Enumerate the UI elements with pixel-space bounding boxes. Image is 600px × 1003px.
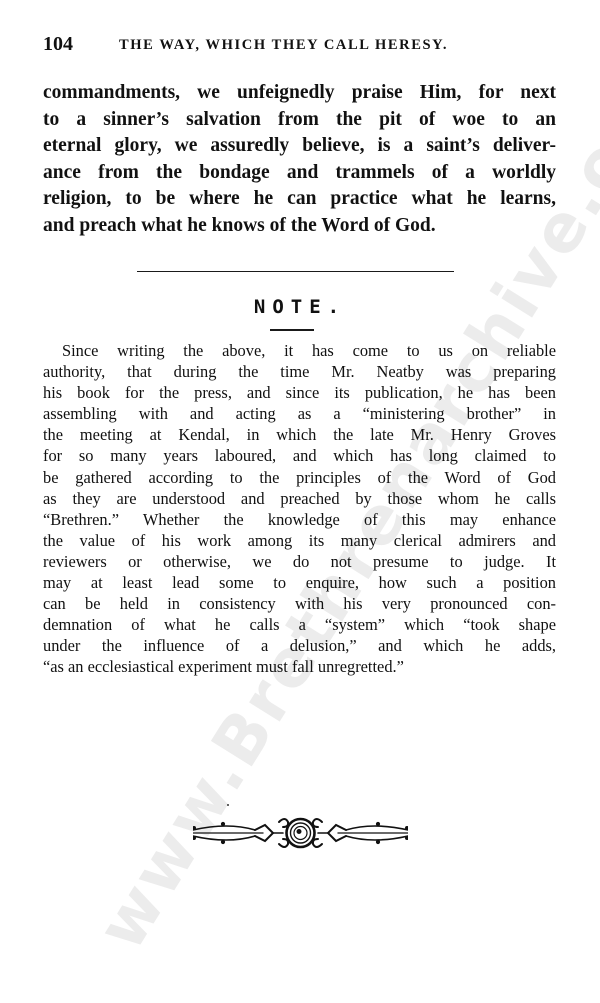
note-paragraph: Since writing the above, it has come to … <box>43 340 556 678</box>
page-number: 104 <box>43 32 73 56</box>
text-line: to a sinner’s salvation from the pit of … <box>43 107 556 134</box>
section-divider-rule <box>137 271 454 272</box>
note-line: the value of his work among its many cle… <box>43 530 556 551</box>
running-title: THE WAY, WHICH THEY CALL HERESY. <box>119 35 448 55</box>
book-page: 104 THE WAY, WHICH THEY CALL HERESY. com… <box>0 0 600 1003</box>
note-line: reviewers or otherwise, we do not presum… <box>43 551 556 572</box>
note-line: may at least lead some to enquire, how s… <box>43 572 556 593</box>
running-head: 104 THE WAY, WHICH THEY CALL HERESY. <box>43 32 563 56</box>
printers-ornament-icon <box>193 808 408 858</box>
note-heading: NOTE. <box>0 295 600 319</box>
note-line: “Brethren.” Whether the knowledge of thi… <box>43 509 556 530</box>
note-line: authority, that during the time Mr. Neat… <box>43 361 556 382</box>
note-line: as they are understood and preached by t… <box>43 488 556 509</box>
note-line: be gathered according to the principles … <box>43 467 556 488</box>
note-line: under the influence of a delusion,” and … <box>43 635 556 656</box>
text-line: eternal glory, we assuredly believe, is … <box>43 133 556 160</box>
text-line: religion, to be where he can practice wh… <box>43 186 556 213</box>
text-line: ance from the bondage and trammels of a … <box>43 160 556 187</box>
print-speck <box>227 804 229 806</box>
note-line: demnation of what he calls a “system” wh… <box>43 614 556 635</box>
note-line: his book for the press, and since its pu… <box>43 382 556 403</box>
note-line: Since writing the above, it has come to … <box>43 340 556 361</box>
note-line: assembling with and acting as a “ministe… <box>43 403 556 424</box>
note-line: for so many years laboured, and which ha… <box>43 445 556 466</box>
note-line: can be held in consistency with his very… <box>43 593 556 614</box>
note-line: “as an ecclesiastical experiment must fa… <box>43 656 556 677</box>
note-line: the meeting at Kendal, in which the late… <box>43 424 556 445</box>
text-line: commandments, we unfeignedly praise Him,… <box>43 80 556 107</box>
text-line: and preach what he knows of the Word of … <box>43 213 556 240</box>
main-paragraph: commandments, we unfeignedly praise Him,… <box>43 80 556 240</box>
note-heading-underline <box>270 329 314 331</box>
